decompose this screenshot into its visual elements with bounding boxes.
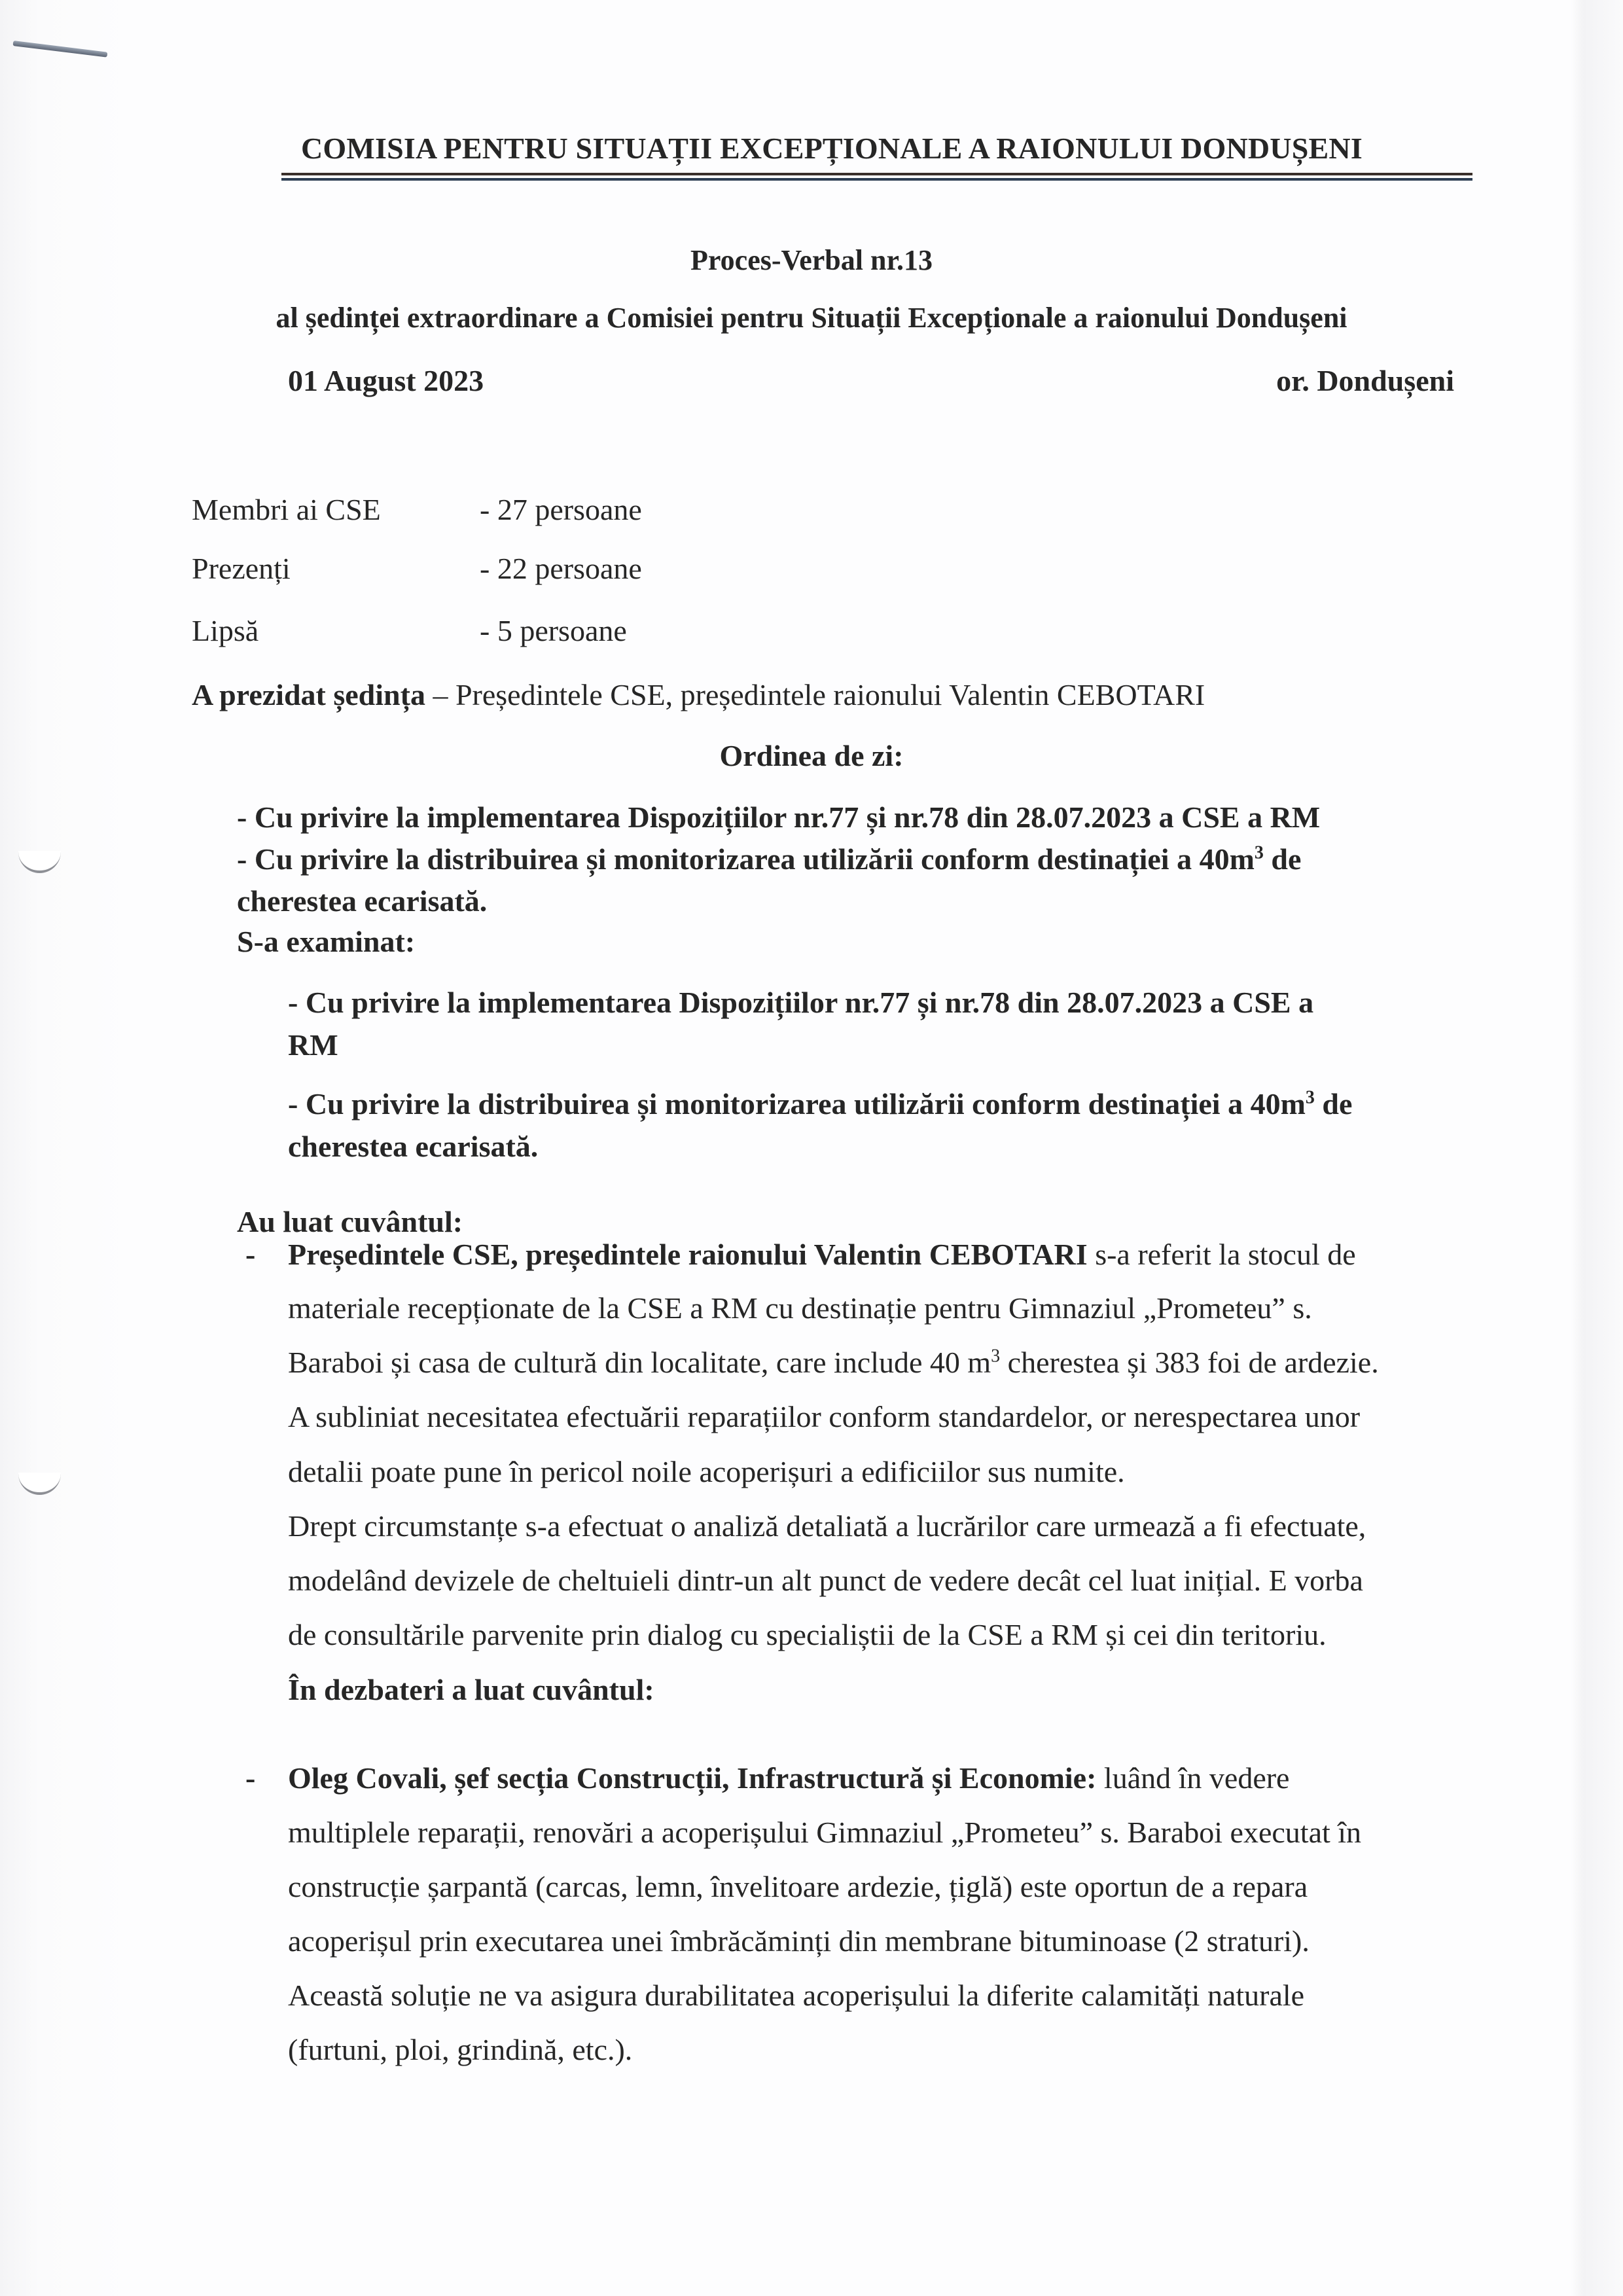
speakers-heading: Au luat cuvântul: (237, 1204, 463, 1239)
meeting-date: 01 August 2023 (288, 363, 484, 398)
speaker-paragraph-line: Drept circumstanțe s-a efectuat o analiz… (288, 1509, 1366, 1543)
examined-item-continuation: RM (288, 1028, 338, 1062)
punch-hole-icon (18, 1473, 61, 1495)
header-underline (281, 173, 1472, 175)
meeting-location: or. Dondușeni (1276, 363, 1454, 398)
speaker-name: Oleg Covali, șef secția Construcții, Inf… (288, 1761, 1096, 1795)
speaker-paragraph-line: Această soluție ne va asigura durabilita… (288, 1978, 1304, 2013)
speaker-text: cherestea și 383 foi de ardezie. (1000, 1346, 1379, 1379)
speaker-paragraph-line: construcție șarpantă (carcas, lemn, înve… (288, 1869, 1308, 1904)
examined-item: - Cu privire la distribuirea și monitori… (288, 1086, 1352, 1121)
superscript: 3 (991, 1346, 1000, 1367)
chair-label: A prezidat ședința (192, 678, 425, 711)
attendance-value: - 5 persoane (480, 613, 627, 648)
bullet: - (245, 1761, 255, 1795)
speaker-name: Președintele CSE, președintele raionului… (288, 1238, 1088, 1271)
speaker-paragraph-line: multiplele reparații, renovări a acoperi… (288, 1815, 1361, 1850)
examined-item-continuation: cherestea ecarisată. (288, 1129, 538, 1164)
scanned-page: COMISIA PENTRU SITUAȚII EXCEPȚIONALE A R… (0, 0, 1623, 2296)
speaker-paragraph-line: materiale recepționate de la CSE a RM cu… (288, 1291, 1312, 1325)
agenda-item: - Cu privire la implementarea Dispoziții… (237, 800, 1320, 834)
examined-item-text: de (1315, 1087, 1353, 1121)
chair-line: A prezidat ședința – Președintele CSE, p… (192, 677, 1205, 712)
chair-text: – Președintele CSE, președintele raionul… (425, 678, 1205, 711)
document-subtitle: al ședinței extraordinare a Comisiei pen… (0, 301, 1623, 334)
speaker-paragraph-line: acoperișul prin executarea unei îmbrăcăm… (288, 1924, 1310, 1958)
speaker-paragraph-line: Oleg Covali, șef secția Construcții, Inf… (288, 1761, 1289, 1795)
institution-header: COMISIA PENTRU SITUAȚII EXCEPȚIONALE A R… (301, 131, 1363, 166)
speaker-paragraph-line: A subliniat necesitatea efectuării repar… (288, 1399, 1360, 1434)
examined-item-text: - Cu privire la distribuirea și monitori… (288, 1087, 1306, 1121)
attendance-label: Prezenți (192, 551, 291, 586)
speaker-paragraph-line: modelând devizele de cheltuieli dintr-un… (288, 1563, 1363, 1598)
superscript: 3 (1306, 1088, 1315, 1108)
speaker-paragraph-line: (furtuni, ploi, grindină, etc.). (288, 2032, 632, 2067)
punch-hole-icon (18, 851, 61, 873)
bullet: - (245, 1237, 255, 1272)
document-title: Proces-Verbal nr.13 (0, 243, 1623, 277)
debate-heading: În dezbateri a luat cuvântul: (288, 1672, 654, 1707)
speaker-text: s-a referit la stocul de (1088, 1238, 1356, 1271)
superscript: 3 (1255, 843, 1264, 863)
header-underline (281, 178, 1472, 181)
attendance-value: - 22 persoane (480, 551, 642, 586)
attendance-value: - 27 persoane (480, 492, 642, 527)
agenda-item-text: - Cu privire la distribuirea și monitori… (237, 842, 1255, 876)
examined-heading: S-a examinat: (237, 924, 415, 959)
attendance-label: Lipsă (192, 613, 259, 648)
speaker-text: Baraboi și casa de cultură din localitat… (288, 1346, 991, 1379)
staple-mark-icon (13, 41, 108, 58)
speaker-paragraph-line: detalii poate pune în pericol noile acop… (288, 1454, 1125, 1489)
agenda-item-text: de (1264, 842, 1302, 876)
speaker-paragraph-line: Președintele CSE, președintele raionului… (288, 1237, 1356, 1272)
speaker-text: luând în vedere (1096, 1761, 1289, 1795)
agenda-item: - Cu privire la distribuirea și monitori… (237, 842, 1301, 876)
speaker-paragraph-line: Baraboi și casa de cultură din localitat… (288, 1345, 1379, 1380)
examined-item: - Cu privire la implementarea Dispoziții… (288, 985, 1313, 1020)
agenda-heading: Ordinea de zi: (0, 738, 1623, 773)
agenda-item-continuation: cheresteа ecarisată. (237, 884, 487, 918)
speaker-paragraph-line: de consultările parvenite prin dialog cu… (288, 1617, 1327, 1652)
attendance-label: Membri ai CSE (192, 492, 381, 527)
